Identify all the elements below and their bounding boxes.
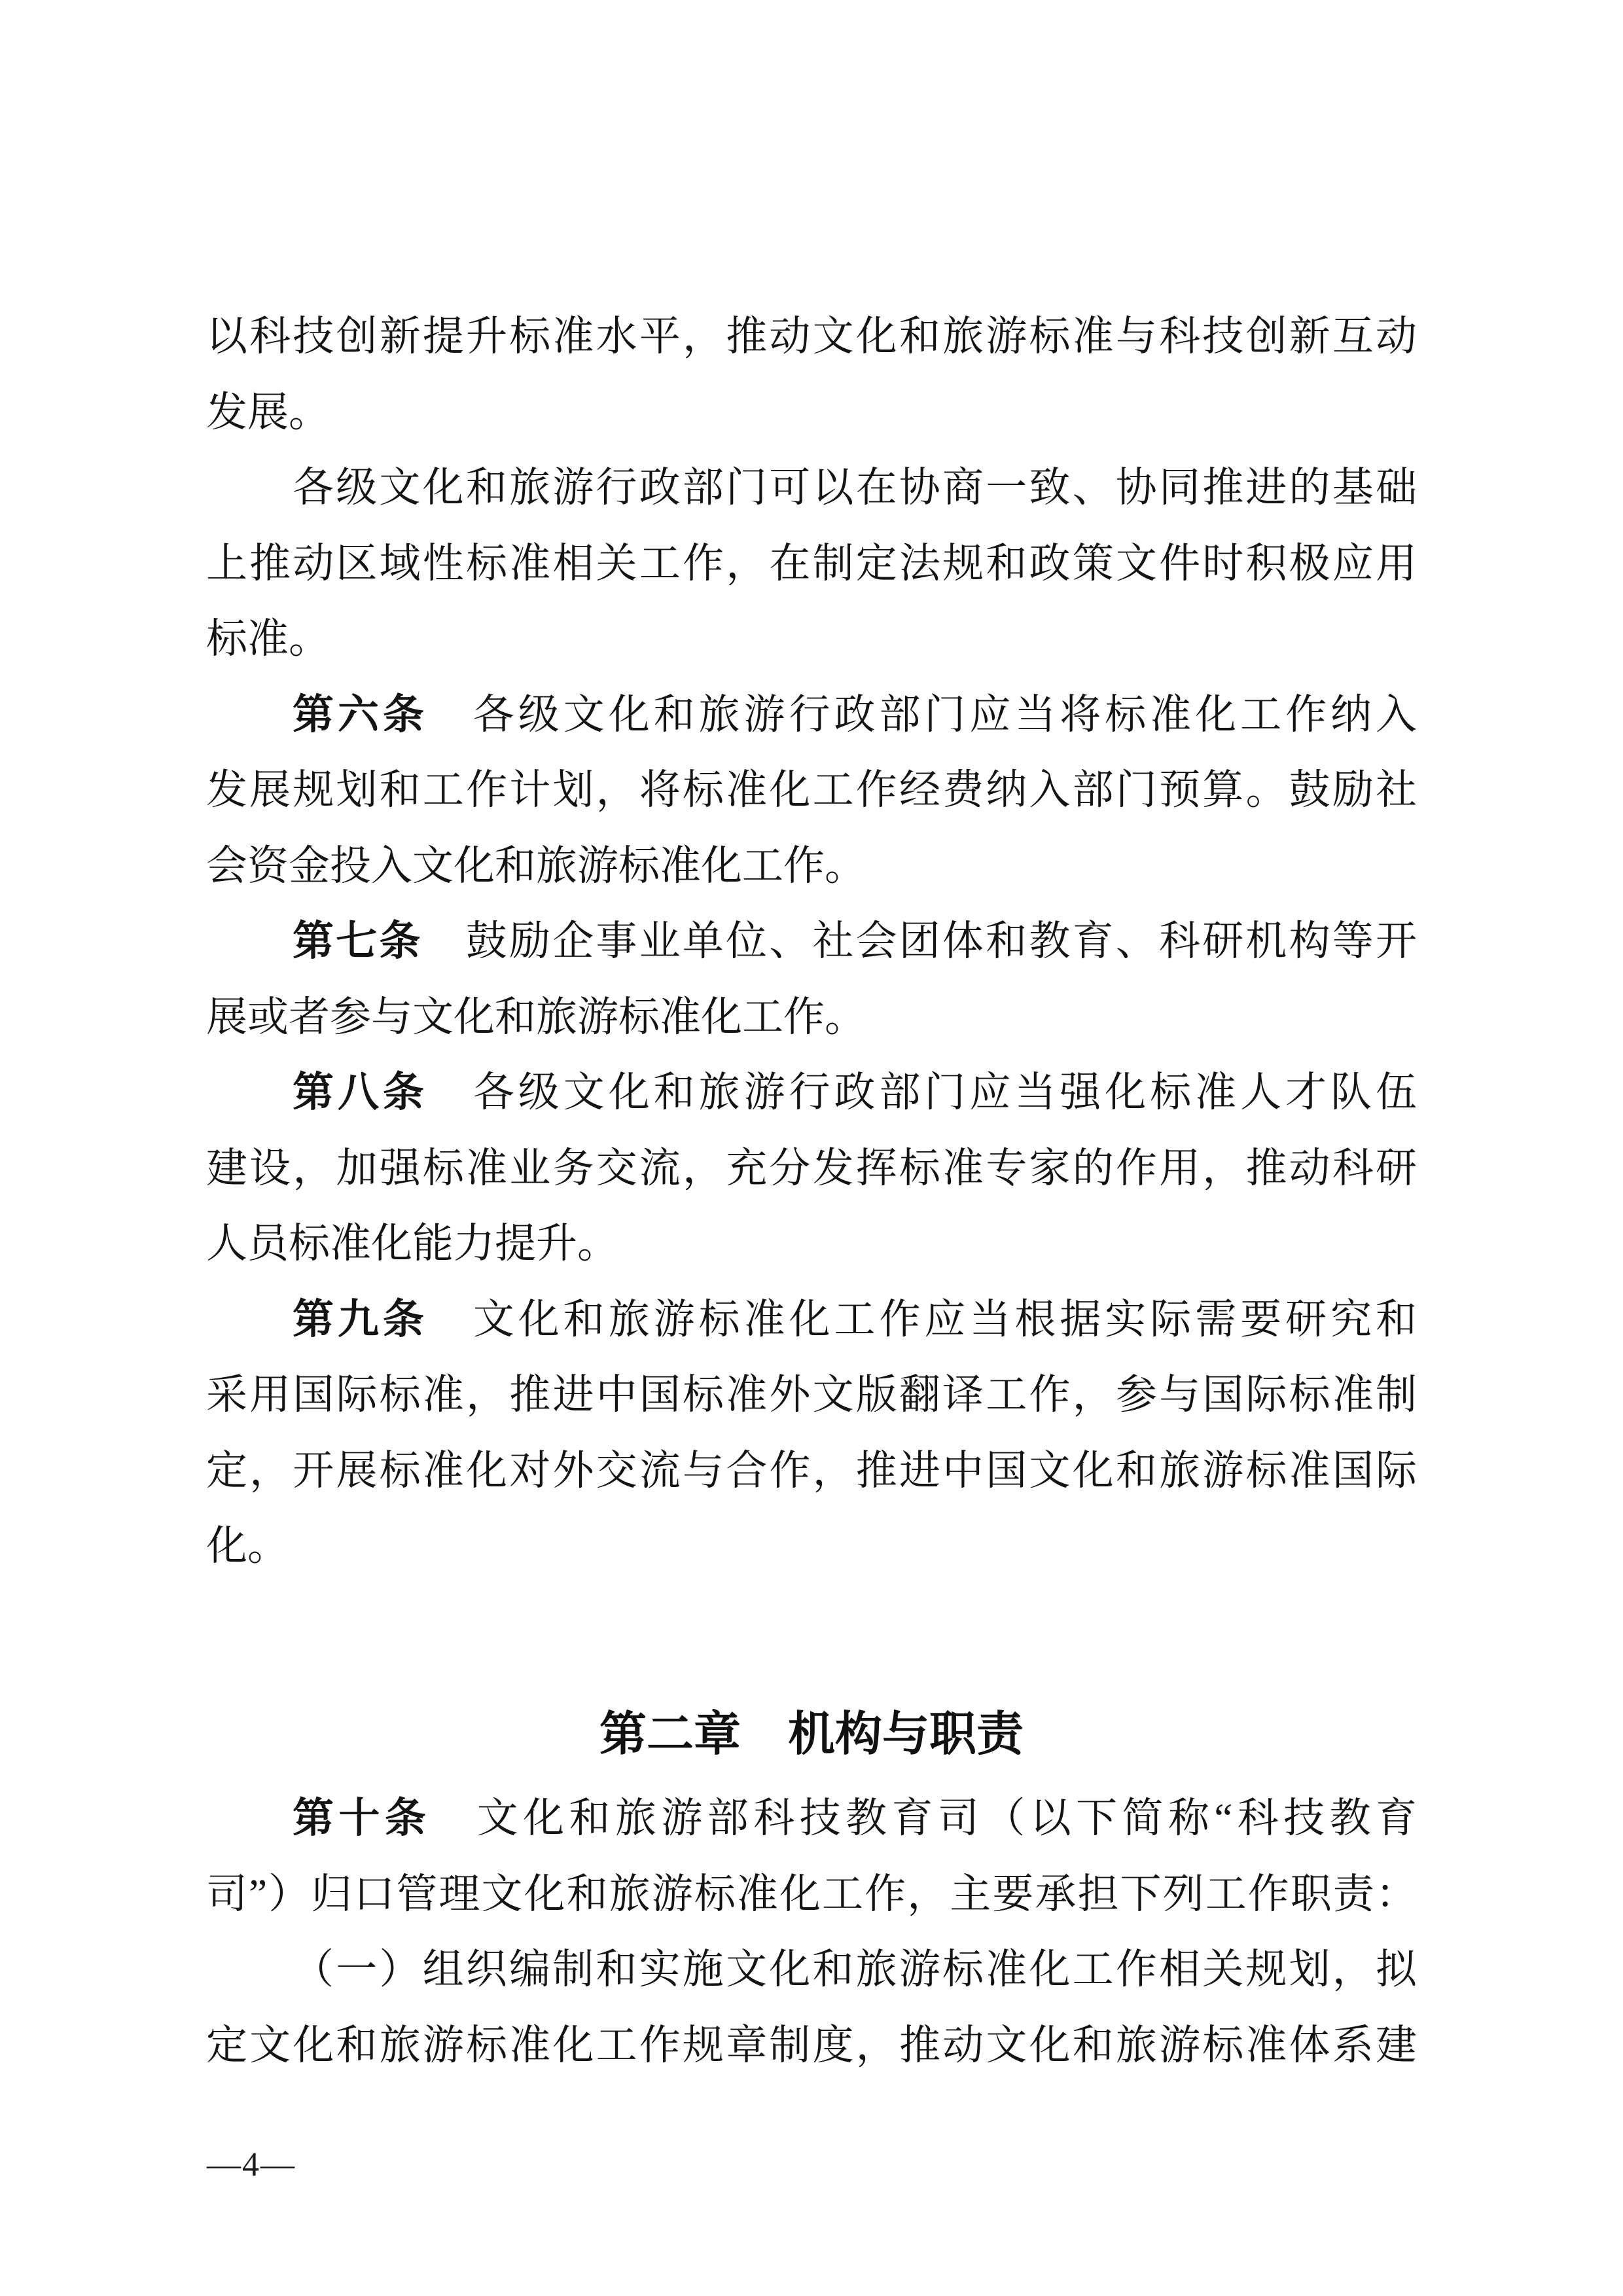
body-line: 定文化和旅游标准化工作规章制度，推动文化和旅游标准体系建 [206,2007,1417,2083]
body-line: 司”）归口管理文化和旅游标准化工作，主要承担下列工作职责： [206,1856,1417,1932]
body-line: （一）组织编制和实施文化和旅游标准化工作相关规划，拟 [206,1931,1417,2007]
body-line: 人员标准化能力提升。 [206,1206,1417,1282]
body-line: 发展。 [206,374,1417,450]
body-line: 上推动区域性标准相关工作，在制定法规和政策文件时积极应用 [206,526,1417,601]
body-line: 定，开展标准化对外交流与合作，推进中国文化和旅游标准国际 [206,1433,1417,1509]
chapter-heading: 第二章 机构与职责 [206,1695,1417,1774]
article-number: 第十条 [293,1795,431,1841]
body-line: 会资金投入文化和旅游标准化工作。 [206,828,1417,904]
body-line-text: 文化和旅游部科技教育司（以下简称“科技教育 [431,1795,1417,1841]
body-line: 第九条 文化和旅游标准化工作应当根据实际需要研究和 [206,1282,1417,1357]
body-line-text: 各级文化和旅游行政部门可以在协商一致、协同推进的基础 [293,465,1417,511]
body-line-text: 会资金投入文化和旅游标准化工作。 [206,843,866,889]
body-line-text: 定，开展标准化对外交流与合作，推进中国文化和旅游标准国际 [206,1448,1417,1494]
body-line-text: 司”）归口管理文化和旅游标准化工作，主要承担下列工作职责： [206,1871,1417,1917]
body-line-text: 标准。 [206,616,330,662]
body-line: 第六条 各级文化和旅游行政部门应当将标准化工作纳入 [206,677,1417,753]
body-line: 第十条 文化和旅游部科技教育司（以下简称“科技教育 [206,1780,1417,1856]
body-line: 以科技创新提升标准水平，推动文化和旅游标准与科技创新互动 [206,298,1417,374]
body-line-text: 发展规划和工作计划，将标准化工作经费纳入部门预算。鼓励社 [206,767,1417,813]
page-number: —4— [207,2135,296,2195]
body-line-text: 展或者参与文化和旅游标准化工作。 [206,994,866,1040]
body-line-text: 文化和旅游标准化工作应当根据实际需要研究和 [428,1297,1417,1342]
article-number: 第七条 [293,918,423,964]
body-line: 采用国际标准，推进中国标准外文版翻译工作，参与国际标准制 [206,1357,1417,1433]
article-number: 第九条 [293,1297,428,1342]
body-line: 建设，加强标准业务交流，充分发挥标准专家的作用，推动科研 [206,1130,1417,1206]
body-line-text: 各级文化和旅游行政部门应当强化标准人才队伍 [428,1069,1417,1115]
document-page: 以科技创新提升标准水平，推动文化和旅游标准与科技创新互动 发展。 各级文化和旅游… [0,0,1623,2296]
body-line-text: 鼓励企事业单位、社会团体和教育、科研机构等开 [423,918,1417,964]
body-line-text: 以科技创新提升标准水平，推动文化和旅游标准与科技创新互动 [206,314,1417,359]
body-line: 化。 [206,1508,1417,1584]
body-line: 标准。 [206,601,1417,677]
body-line: 第七条 鼓励企事业单位、社会团体和教育、科研机构等开 [206,903,1417,979]
body-line-text: 各级文化和旅游行政部门应当将标准化工作纳入 [428,692,1417,738]
body-line-text: 发展。 [206,389,330,435]
body-line: 展或者参与文化和旅游标准化工作。 [206,979,1417,1055]
body-line-text: 化。 [206,1523,289,1569]
body-line-text: （一）组织编制和实施文化和旅游标准化工作相关规划，拟 [293,1946,1417,1992]
body-line: 发展规划和工作计划，将标准化工作经费纳入部门预算。鼓励社 [206,752,1417,828]
article-number: 第八条 [293,1069,428,1115]
body-line-text: 人员标准化能力提升。 [206,1221,618,1266]
body-line-text: 定文化和旅游标准化工作规章制度，推动文化和旅游标准体系建 [206,2022,1417,2068]
body-line-text: 建设，加强标准业务交流，充分发挥标准专家的作用，推动科研 [206,1145,1417,1191]
body-line-text: 上推动区域性标准相关工作，在制定法规和政策文件时积极应用 [206,541,1417,586]
body-line: 第八条 各级文化和旅游行政部门应当强化标准人才队伍 [206,1054,1417,1130]
body-line-text: 采用国际标准，推进中国标准外文版翻译工作，参与国际标准制 [206,1372,1417,1418]
article-number: 第六条 [293,692,428,738]
body-line: 各级文化和旅游行政部门可以在协商一致、协同推进的基础 [206,450,1417,526]
